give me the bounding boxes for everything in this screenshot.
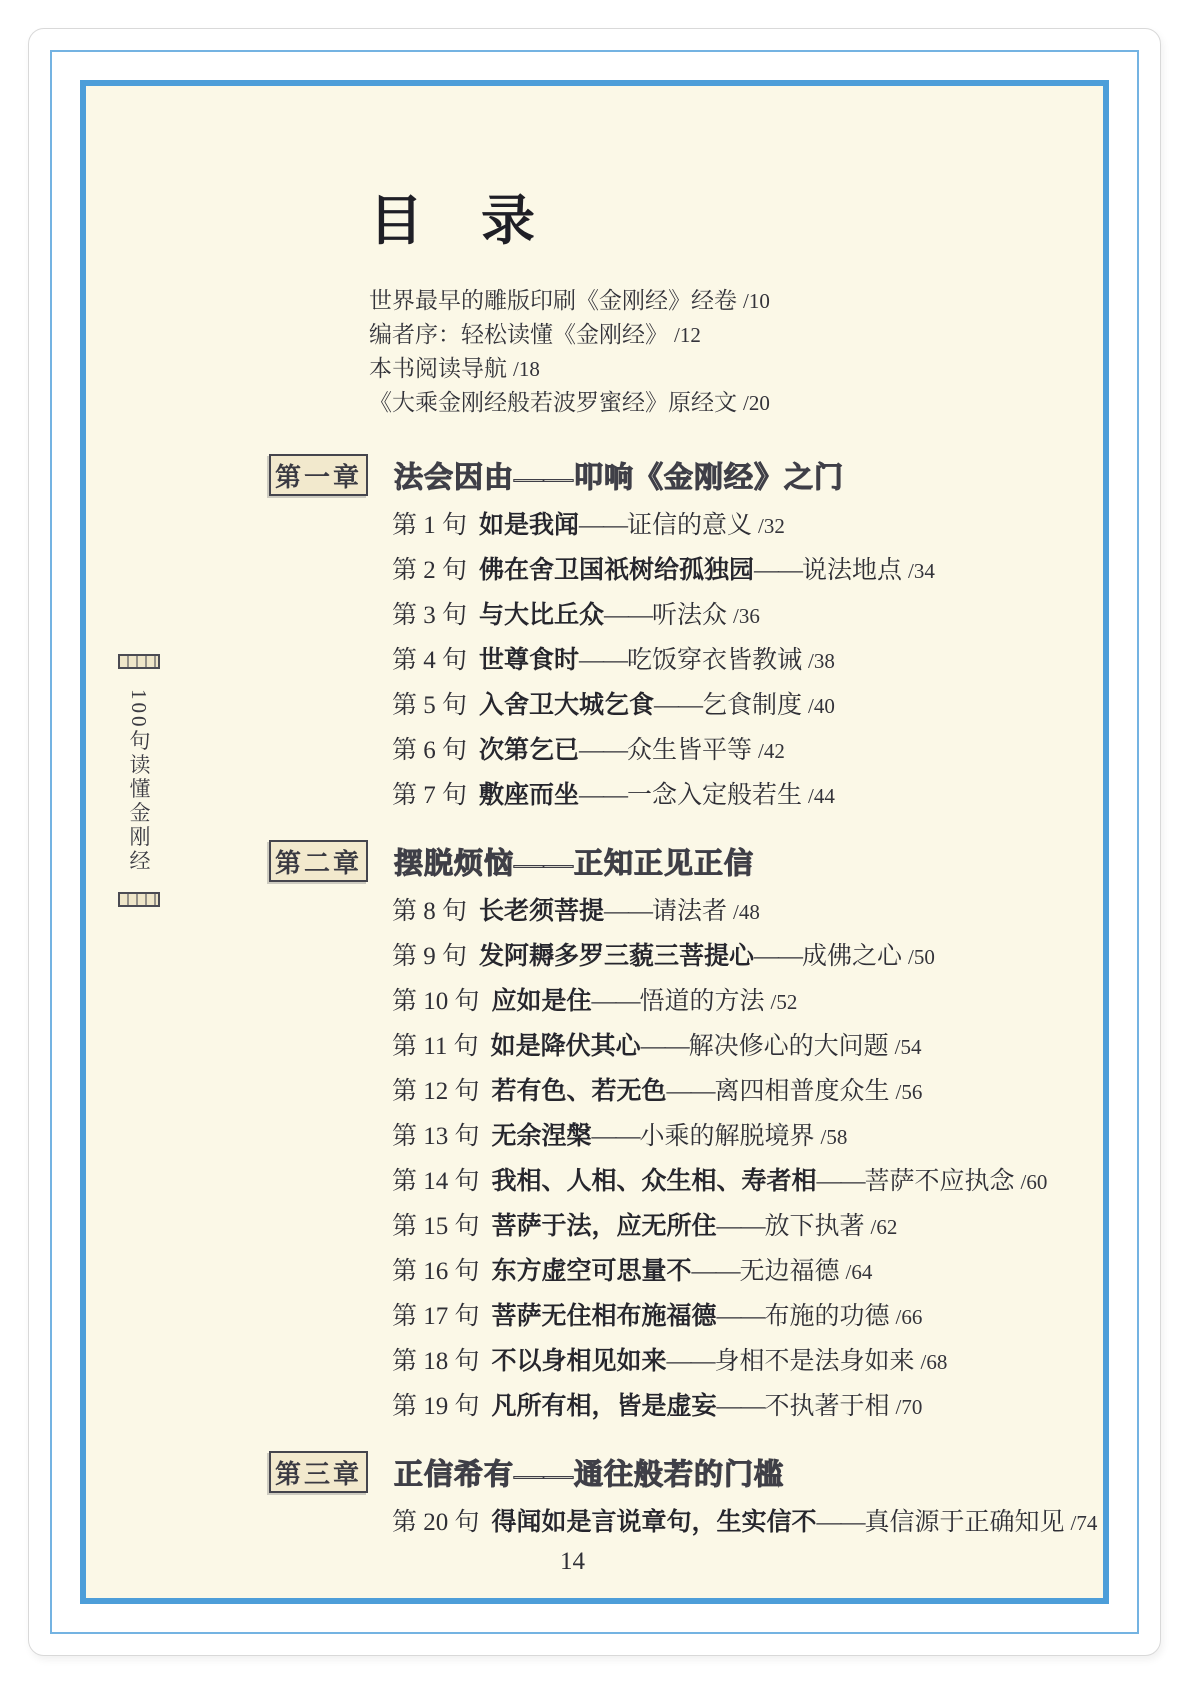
entry-page-ref: /50 [908, 945, 935, 969]
entry-separator: —— [754, 557, 802, 584]
entry-page-ref: /74 [1071, 1511, 1098, 1535]
toc-entry-row: 第 5 句入舍卫大城乞食——乞食制度/40 [392, 692, 1093, 720]
entry-phrase: 入舍卫大城乞食 [479, 692, 654, 719]
entry-separator: —— [717, 1393, 765, 1420]
chapter-entries: 第 8 句长老须菩提——请法者/48 第 9 句发阿耨多罗三藐三菩提心——成佛之… [269, 898, 1093, 1421]
sidebar-vertical-title: 100句读懂金刚经 [124, 689, 154, 874]
chapter-heading: 第一章 法会因由——叩响《金刚经》之门 [269, 454, 1093, 496]
entry-subtitle: 不执著于相 [765, 1393, 890, 1420]
entry-page-ref: /32 [758, 514, 785, 538]
toc-entry-row: 第 10 句应如是住——悟道的方法/52 [392, 988, 1093, 1016]
entry-separator: —— [641, 1033, 689, 1060]
entry-separator: —— [717, 1213, 765, 1240]
entry-phrase: 凡所有相，皆是虚妄 [492, 1393, 717, 1420]
chapter-title: 摆脱烦恼——正知正见正信 [394, 841, 754, 882]
scroll-ornament-bottom-icon [118, 892, 160, 907]
entry-subtitle: 一念入定般若生 [627, 782, 802, 809]
front-matter-text: 编者序：轻松读懂《金刚经》 [369, 322, 668, 347]
entry-phrase: 菩萨于法，应无所住 [492, 1213, 717, 1240]
front-matter-page-ref: /20 [743, 391, 770, 415]
entry-number: 第 17 句 [392, 1303, 480, 1330]
front-matter-text: 《大乘金刚经般若波罗蜜经》原经文 [369, 390, 737, 415]
chapter-sections: 第一章 法会因由——叩响《金刚经》之门 第 1 句如是我闻——证信的意义/32 … [269, 426, 1093, 1554]
entry-separator: —— [667, 1078, 715, 1105]
entry-number: 第 15 句 [392, 1213, 480, 1240]
entry-subtitle: 放下执著 [765, 1213, 865, 1240]
entry-subtitle: 众生皆平等 [627, 737, 752, 764]
entry-subtitle: 解决修心的大问题 [689, 1033, 889, 1060]
entry-number: 第 5 句 [392, 692, 467, 719]
toc-entry-row: 第 19 句凡所有相，皆是虚妄——不执著于相/70 [392, 1393, 1093, 1421]
toc-entry-row: 第 2 句佛在舍卫国祇树给孤独园——说法地点/34 [392, 557, 1093, 585]
entry-number: 第 2 句 [392, 557, 467, 584]
entry-subtitle: 听法众 [652, 602, 727, 629]
entry-page-ref: /56 [896, 1080, 923, 1104]
entry-phrase: 东方虚空可思量不 [492, 1258, 692, 1285]
entry-subtitle: 成佛之心 [802, 943, 902, 970]
toc-entry-row: 第 12 句若有色、若无色——离四相普度众生/56 [392, 1078, 1093, 1106]
entry-phrase: 世尊食时 [479, 647, 579, 674]
entry-subtitle: 离四相普度众生 [715, 1078, 890, 1105]
chapter-title: 正信希有——通往般若的门槛 [394, 1452, 784, 1493]
front-matter-item: 编者序：轻松读懂《金刚经》/12 [369, 318, 770, 352]
entry-page-ref: /60 [1021, 1170, 1048, 1194]
entry-phrase: 与大比丘众 [479, 602, 604, 629]
chapter-section: 第三章 正信希有——通往般若的门槛 第 20 句得闻如是言说章句，生实信不——真… [269, 1451, 1093, 1537]
page-content: 目 录 世界最早的雕版印刷《金刚经》经卷/10 编者序：轻松读懂《金刚经》/12… [86, 86, 1103, 1598]
entry-page-ref: /48 [733, 900, 760, 924]
front-matter-text: 本书阅读导航 [369, 356, 507, 381]
front-matter-item: 本书阅读导航/18 [369, 352, 770, 386]
entry-number: 第 6 句 [392, 737, 467, 764]
toc-entry-row: 第 15 句菩萨于法，应无所住——放下执著/62 [392, 1213, 1093, 1241]
entry-number: 第 16 句 [392, 1258, 480, 1285]
entry-separator: —— [654, 692, 702, 719]
toc-entry-row: 第 17 句菩萨无住相布施福德——布施的功德/66 [392, 1303, 1093, 1331]
entry-separator: —— [604, 602, 652, 629]
entry-page-ref: /68 [921, 1350, 948, 1374]
entry-subtitle: 请法者 [652, 898, 727, 925]
entry-separator: —— [579, 737, 627, 764]
entry-subtitle: 菩萨不应执念 [865, 1168, 1015, 1195]
sidebar-vertical-title-block: 100句读懂金刚经 [114, 654, 164, 907]
entry-separator: —— [579, 512, 627, 539]
toc-entry-row: 第 13 句无余涅槃——小乘的解脱境界/58 [392, 1123, 1093, 1151]
entry-subtitle: 无边福德 [740, 1258, 840, 1285]
entry-page-ref: /70 [896, 1395, 923, 1419]
entry-number: 第 3 句 [392, 602, 467, 629]
entry-separator: —— [592, 1123, 640, 1150]
entry-page-ref: /42 [758, 739, 785, 763]
entry-number: 第 18 句 [392, 1348, 480, 1375]
entry-phrase: 我相、人相、众生相、寿者相 [492, 1168, 817, 1195]
front-matter-page-ref: /18 [513, 357, 540, 381]
entry-number: 第 8 句 [392, 898, 467, 925]
toc-entry-row: 第 16 句东方虚空可思量不——无边福德/64 [392, 1258, 1093, 1286]
entry-page-ref: /38 [808, 649, 835, 673]
chapter-heading: 第二章 摆脱烦恼——正知正见正信 [269, 840, 1093, 882]
toc-title: 目 录 [369, 178, 537, 255]
entry-page-ref: /54 [895, 1035, 922, 1059]
entry-page-ref: /62 [871, 1215, 898, 1239]
toc-entry-row: 第 4 句世尊食时——吃饭穿衣皆教诫/38 [392, 647, 1093, 675]
toc-entry-row: 第 8 句长老须菩提——请法者/48 [392, 898, 1093, 926]
entry-separator: —— [604, 898, 652, 925]
chapter-title: 法会因由——叩响《金刚经》之门 [394, 455, 844, 496]
entry-phrase: 佛在舍卫国祇树给孤独园 [479, 557, 754, 584]
entry-separator: —— [817, 1509, 865, 1536]
entry-separator: —— [579, 647, 627, 674]
entry-phrase: 长老须菩提 [479, 898, 604, 925]
entry-subtitle: 真信源于正确知见 [865, 1509, 1065, 1536]
toc-entry-row: 第 1 句如是我闻——证信的意义/32 [392, 512, 1093, 540]
front-matter-item: 世界最早的雕版印刷《金刚经》经卷/10 [369, 284, 770, 318]
entry-number: 第 19 句 [392, 1393, 480, 1420]
entry-subtitle: 悟道的方法 [640, 988, 765, 1015]
chapter-entries: 第 1 句如是我闻——证信的意义/32 第 2 句佛在舍卫国祇树给孤独园——说法… [269, 512, 1093, 810]
entry-number: 第 20 句 [392, 1509, 480, 1536]
toc-entry-row: 第 9 句发阿耨多罗三藐三菩提心——成佛之心/50 [392, 943, 1093, 971]
chapter-label-box: 第二章 [269, 840, 368, 882]
entry-phrase: 若有色、若无色 [492, 1078, 667, 1105]
toc-entry-row: 第 7 句敷座而坐——一念入定般若生/44 [392, 782, 1093, 810]
entry-number: 第 11 句 [392, 1033, 479, 1060]
entry-page-ref: /34 [908, 559, 935, 583]
entry-subtitle: 吃饭穿衣皆教诫 [627, 647, 802, 674]
front-matter-page-ref: /10 [743, 289, 770, 313]
chapter-entries: 第 20 句得闻如是言说章句，生实信不——真信源于正确知见/74 [269, 1509, 1093, 1537]
entry-page-ref: /58 [821, 1125, 848, 1149]
entry-page-ref: /36 [733, 604, 760, 628]
entry-separator: —— [754, 943, 802, 970]
entry-number: 第 4 句 [392, 647, 467, 674]
chapter-section: 第一章 法会因由——叩响《金刚经》之门 第 1 句如是我闻——证信的意义/32 … [269, 454, 1093, 810]
entry-phrase: 不以身相见如来 [492, 1348, 667, 1375]
toc-entry-row: 第 20 句得闻如是言说章句，生实信不——真信源于正确知见/74 [392, 1509, 1093, 1537]
entry-phrase: 无余涅槃 [492, 1123, 592, 1150]
chapter-label-box: 第一章 [269, 454, 368, 496]
entry-number: 第 9 句 [392, 943, 467, 970]
toc-entry-row: 第 6 句次第乞已——众生皆平等/42 [392, 737, 1093, 765]
blue-frame-thick: 目 录 世界最早的雕版印刷《金刚经》经卷/10 编者序：轻松读懂《金刚经》/12… [80, 80, 1109, 1604]
page-card: 目 录 世界最早的雕版印刷《金刚经》经卷/10 编者序：轻松读懂《金刚经》/12… [28, 28, 1161, 1656]
entry-separator: —— [817, 1168, 865, 1195]
entry-number: 第 7 句 [392, 782, 467, 809]
entry-phrase: 如是降伏其心 [491, 1033, 641, 1060]
entry-phrase: 发阿耨多罗三藐三菩提心 [479, 943, 754, 970]
entry-page-ref: /52 [771, 990, 798, 1014]
entry-number: 第 12 句 [392, 1078, 480, 1105]
entry-separator: —— [717, 1303, 765, 1330]
entry-separator: —— [592, 988, 640, 1015]
toc-entry-row: 第 18 句不以身相见如来——身相不是法身如来/68 [392, 1348, 1093, 1376]
toc-entry-row: 第 11 句如是降伏其心——解决修心的大问题/54 [392, 1033, 1093, 1061]
entry-phrase: 应如是住 [492, 988, 592, 1015]
entry-subtitle: 身相不是法身如来 [715, 1348, 915, 1375]
front-matter-page-ref: /12 [674, 323, 701, 347]
chapter-heading: 第三章 正信希有——通往般若的门槛 [269, 1451, 1093, 1493]
chapter-label-box: 第三章 [269, 1451, 368, 1493]
entry-separator: —— [579, 782, 627, 809]
entry-separator: —— [667, 1348, 715, 1375]
entry-page-ref: /66 [896, 1305, 923, 1329]
entry-number: 第 1 句 [392, 512, 467, 539]
page-number: 14 [86, 1548, 1059, 1576]
entry-number: 第 10 句 [392, 988, 480, 1015]
entry-subtitle: 小乘的解脱境界 [640, 1123, 815, 1150]
entry-subtitle: 乞食制度 [702, 692, 802, 719]
entry-phrase: 菩萨无住相布施福德 [492, 1303, 717, 1330]
toc-entry-row: 第 3 句与大比丘众——听法众/36 [392, 602, 1093, 630]
entry-phrase: 次第乞已 [479, 737, 579, 764]
entry-number: 第 14 句 [392, 1168, 480, 1195]
blue-frame-thin: 目 录 世界最早的雕版印刷《金刚经》经卷/10 编者序：轻松读懂《金刚经》/12… [50, 50, 1139, 1634]
entry-page-ref: /40 [808, 694, 835, 718]
entry-phrase: 如是我闻 [479, 512, 579, 539]
entry-subtitle: 证信的意义 [627, 512, 752, 539]
front-matter-text: 世界最早的雕版印刷《金刚经》经卷 [369, 288, 737, 313]
entry-page-ref: /64 [846, 1260, 873, 1284]
front-matter-list: 世界最早的雕版印刷《金刚经》经卷/10 编者序：轻松读懂《金刚经》/12 本书阅… [369, 284, 770, 420]
entry-number: 第 13 句 [392, 1123, 480, 1150]
entry-subtitle: 布施的功德 [765, 1303, 890, 1330]
entry-page-ref: /44 [808, 784, 835, 808]
entry-phrase: 敷座而坐 [479, 782, 579, 809]
scroll-ornament-top-icon [118, 654, 160, 669]
entry-separator: —— [692, 1258, 740, 1285]
chapter-section: 第二章 摆脱烦恼——正知正见正信 第 8 句长老须菩提——请法者/48 第 9 … [269, 840, 1093, 1421]
entry-subtitle: 说法地点 [802, 557, 902, 584]
toc-entry-row: 第 14 句我相、人相、众生相、寿者相——菩萨不应执念/60 [392, 1168, 1093, 1196]
front-matter-item: 《大乘金刚经般若波罗蜜经》原经文/20 [369, 386, 770, 420]
entry-phrase: 得闻如是言说章句，生实信不 [492, 1509, 817, 1536]
